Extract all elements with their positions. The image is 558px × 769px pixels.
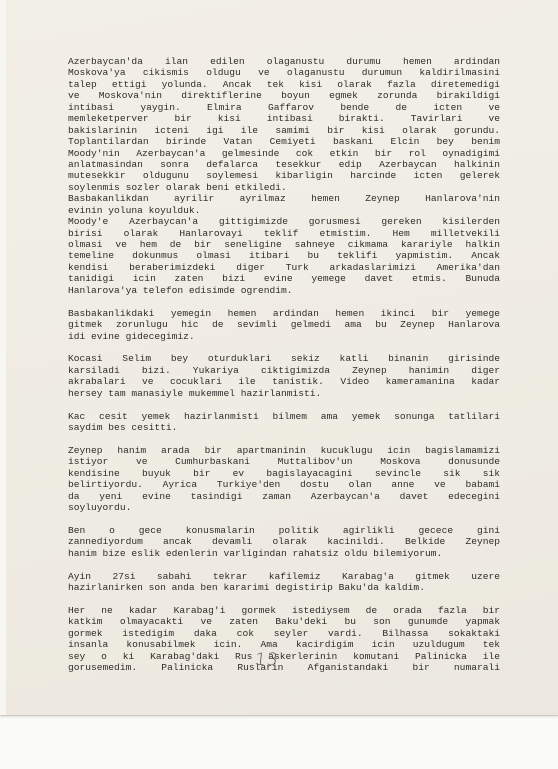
paragraph: Moody'e Azerbaycan'a gittigimizde gorusm… xyxy=(68,216,500,296)
text-line: hersey tam manasiyle mukemmel hazirlanmi… xyxy=(68,388,500,399)
text-line: Basbakanlikdan ayrilir ayrilmaz hemen Ze… xyxy=(68,193,500,204)
text-line: gormek istedigim daka cok seyler vardi. … xyxy=(68,628,500,639)
text-line: istiyor ve Cumhurbaskani Muttalibov'un M… xyxy=(68,456,500,467)
text-line: evinin yoluna koyulduk. xyxy=(68,205,500,216)
paragraph: Ben o gece konusmalarin politik agirlikl… xyxy=(68,525,500,559)
text-line: katkim olmayacakti ve zaten Baku'deki bu… xyxy=(68,616,500,627)
text-line: sey o ki Karabag'daki Rus askerlerinin k… xyxy=(68,651,500,662)
text-line: hanim bize eslik edenlerin varligindan r… xyxy=(68,548,500,559)
text-line: memleketperver bir kisi intibasi birakti… xyxy=(68,113,500,124)
text-line: akrabalari ve cocuklari ile tanistik. Vi… xyxy=(68,376,500,387)
text-line: hazirlanirken son anda ben kararimi degi… xyxy=(68,582,500,593)
text-line: saydim bes cesitti. xyxy=(68,422,500,433)
text-line: Moody'nin Azerbaycan'a gelmesinde cok et… xyxy=(68,148,500,159)
paragraph: Her ne kadar Karabag'i gormek istediysem… xyxy=(68,605,500,674)
text-line: temeline dokunmus olmasi itibari bu tekl… xyxy=(68,250,500,261)
paragraph: Kac cesit yemek hazirlanmisti bilmem ama… xyxy=(68,411,500,434)
text-line: Moody'e Azerbaycan'a gittigimizde gorusm… xyxy=(68,216,500,227)
text-line: ve Moskova'nin direktiflerine boyun egme… xyxy=(68,90,500,101)
document-body: Azerbaycan'da ilan edilen olaganustu dur… xyxy=(68,56,500,674)
paragraph: Zeynep hanim arada bir apartmaninin kucu… xyxy=(68,445,500,514)
text-line: soylenmis sozler olarak beni etkiledi. xyxy=(68,182,500,193)
text-line: Kac cesit yemek hazirlanmisti bilmem ama… xyxy=(68,411,500,422)
typewritten-page: Azerbaycan'da ilan edilen olaganustu dur… xyxy=(0,0,558,716)
text-line: insanla konusabilmek icin. Ama kacirdigi… xyxy=(68,639,500,650)
text-line: kendisi beraberimizdeki diger Turk arkad… xyxy=(68,262,500,273)
text-line: da yeni evine tasindigi zaman Azerbaycan… xyxy=(68,491,500,502)
paragraph: Azerbaycan'da ilan edilen olaganustu dur… xyxy=(68,56,500,193)
text-line: kendisine buyuk bir ev bagislayacagini s… xyxy=(68,468,500,479)
paragraph: Kocasi Selim bey oturduklari sekiz katli… xyxy=(68,353,500,399)
text-line: gorusemedim. Palinicka Ruslarin Afganist… xyxy=(68,662,500,673)
text-line: Moskova'ya cikismis oldugu ve olaganustu… xyxy=(68,67,500,78)
paragraph: Basbakanlikdaki yemegin hemen ardindan h… xyxy=(68,308,500,342)
text-line: Hanlarova'ya telefon edisimde ogrendim. xyxy=(68,285,500,296)
text-line: tanidigi icin zaten bizi evine yemege da… xyxy=(68,273,500,284)
text-line: idi evine gidecegimiz. xyxy=(68,331,500,342)
paragraph: Ayin 27si sabahi tekrar kafilemiz Karaba… xyxy=(68,571,500,594)
handwritten-page-number: 13 xyxy=(254,650,280,670)
text-line: zannediyordum ancak devamli olarak kacin… xyxy=(68,536,500,547)
text-line: Zeynep hanim arada bir apartmaninin kucu… xyxy=(68,445,500,456)
text-line: olmasi ve hem de bir seneligine sahneye … xyxy=(68,239,500,250)
text-line: Kocasi Selim bey oturduklari sekiz katli… xyxy=(68,353,500,364)
text-line: belirtiyordu. Ayrica Turkiye'den dostu o… xyxy=(68,479,500,490)
text-line: talep ettigi yolunda. Ancak tek kisi ola… xyxy=(68,79,500,90)
paragraph: Basbakanlikdan ayrilir ayrilmaz hemen Ze… xyxy=(68,193,500,216)
text-line: anlatmasindan sonra defalarca tesekkur e… xyxy=(68,159,500,170)
text-line: Basbakanlikdaki yemegin hemen ardindan h… xyxy=(68,308,500,319)
text-line: Her ne kadar Karabag'i gormek istediysem… xyxy=(68,605,500,616)
text-line: Ben o gece konusmalarin politik agirlikl… xyxy=(68,525,500,536)
text-line: intibasi yaygin. Elmira Gaffarov bende d… xyxy=(68,102,500,113)
text-line: Ayin 27si sabahi tekrar kafilemiz Karaba… xyxy=(68,571,500,582)
text-line: soyluyordu. xyxy=(68,502,500,513)
text-line: Toplantilardan birinde Vatan Cemiyeti ba… xyxy=(68,136,500,147)
text-line: karsiladi bizi. Yukariya ciktigimizda Ze… xyxy=(68,365,500,376)
text-line: birisi olarak Hanlarovayi teklif etmisti… xyxy=(68,228,500,239)
text-line: mutesekkir oldugunu soylemesi kibarligin… xyxy=(68,170,500,181)
text-line: bakislarinin icteni igi ile samimi bir k… xyxy=(68,125,500,136)
text-line: Azerbaycan'da ilan edilen olaganustu dur… xyxy=(68,56,500,67)
text-line: gitmek zorunlugu hic de sevimli gelmedi … xyxy=(68,319,500,330)
